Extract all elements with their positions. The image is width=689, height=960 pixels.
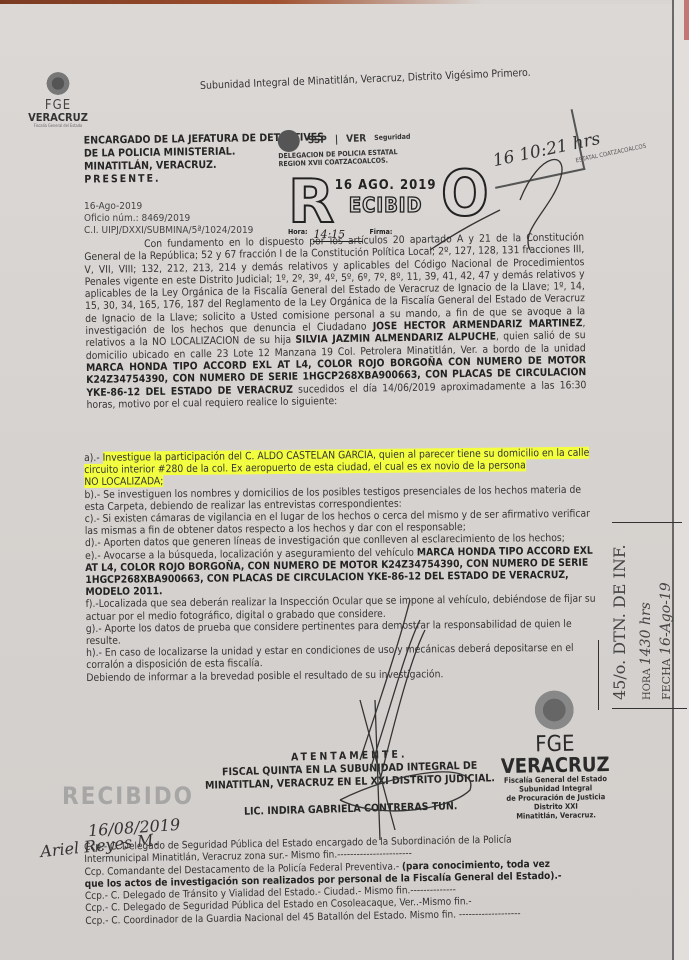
fecha-value: 16-Ago-19 <box>658 582 674 655</box>
carpeta-number: C.I. UIPJ/DXXI/SUBMINA/5ª/1024/2019 <box>84 225 253 237</box>
item-e: e).- Avocarse a la búsqueda, localizació… <box>85 544 595 598</box>
stamp-letter-o: O <box>441 164 488 224</box>
ccp-list: Ccp.- C. Delegado de Seguridad Pública d… <box>84 833 605 928</box>
item-a: a).- Investigue la participación del C. … <box>84 447 594 489</box>
signatory-name: LIC. INDIRA GABRIELA CONTRERAS TUN. <box>201 799 501 820</box>
stamp-rule <box>612 522 682 523</box>
stamp-rule <box>598 640 599 710</box>
police-seal-icon <box>277 130 300 153</box>
stamp-date: 16 AGO. 2019 <box>335 178 437 193</box>
oficio-number: Oficio núm.: 8469/2019 <box>84 213 253 225</box>
page-top-edge <box>0 0 689 4</box>
stamp-letter-r: R <box>288 172 334 232</box>
hora-label: HORA <box>642 668 653 700</box>
highlighted-text: NO LOCALIZADA; <box>84 476 163 489</box>
hora-value: 1430 hrs <box>638 602 654 665</box>
seal-veracruz: VERACRUZ <box>500 754 610 776</box>
entry-stamp-hora: HORA 1430 hrs <box>638 602 654 700</box>
page-right-strip <box>674 0 689 960</box>
stamp-rule <box>612 708 687 709</box>
document-meta: 16-Ago-2019 Oficio núm.: 8469/2019 C.I. … <box>84 201 253 237</box>
entry-stamp-office: 45/o. DTN. DE INF. <box>610 544 629 700</box>
letterhead-line: Subunidad Integral de Minatitlán, Veracr… <box>200 67 531 92</box>
highlighted-text: Investigue la participación del C. ALDO … <box>84 447 589 476</box>
instructions-list: a).- Investigue la participación del C. … <box>84 447 596 684</box>
item-a-prefix: a).- <box>84 452 103 464</box>
signature-block: ATENTAMENTE. FISCAL QUINTA EN LA SUBUNID… <box>199 746 501 820</box>
logo-caption: Fiscalía General del Estado <box>28 123 88 128</box>
stamp-word: ECIBID <box>335 193 437 217</box>
received-stamp: R 16 AGO. 2019 ECIBID O Hora: 14:15 Firm… <box>288 172 489 242</box>
body-paragraph: Con fundamento en lo dispuesto por los a… <box>84 231 587 411</box>
fge-logo: FGE VERACRUZ Fiscalía General del Estado <box>28 70 88 128</box>
page-edge-mark <box>684 0 689 40</box>
document-date: 16-Ago-2019 <box>84 201 253 213</box>
veracruz-crest-icon <box>46 70 70 100</box>
ssp-stamp: SSP | VER Seguridad DELEGACION DE POLICI… <box>277 126 411 169</box>
logo-veracruz-text: VERACRUZ <box>28 112 88 123</box>
fecha-label: FECHA <box>660 658 673 700</box>
veracruz-crest-icon <box>534 685 575 736</box>
ccp-bold: (para conocimiento, toda vez <box>402 858 550 872</box>
entry-stamp-fecha: FECHA 16-Ago-19 <box>658 582 674 700</box>
ver-label: VER <box>346 133 366 145</box>
fge-seal: FGE VERACRUZ Fiscalía General del Estado… <box>499 684 611 821</box>
faded-received-stamp: RECIBIDO <box>62 782 194 810</box>
document-page: FGE VERACRUZ Fiscalía General del Estado… <box>0 0 689 960</box>
seal-line: Minatitlán, Veracruz. <box>501 810 611 821</box>
ssp-label: SSP <box>308 134 327 146</box>
seguridad-label: Seguridad <box>374 133 411 142</box>
entry-stamp: 45/o. DTN. DE INF. HORA 1430 hrs FECHA 1… <box>610 525 689 705</box>
